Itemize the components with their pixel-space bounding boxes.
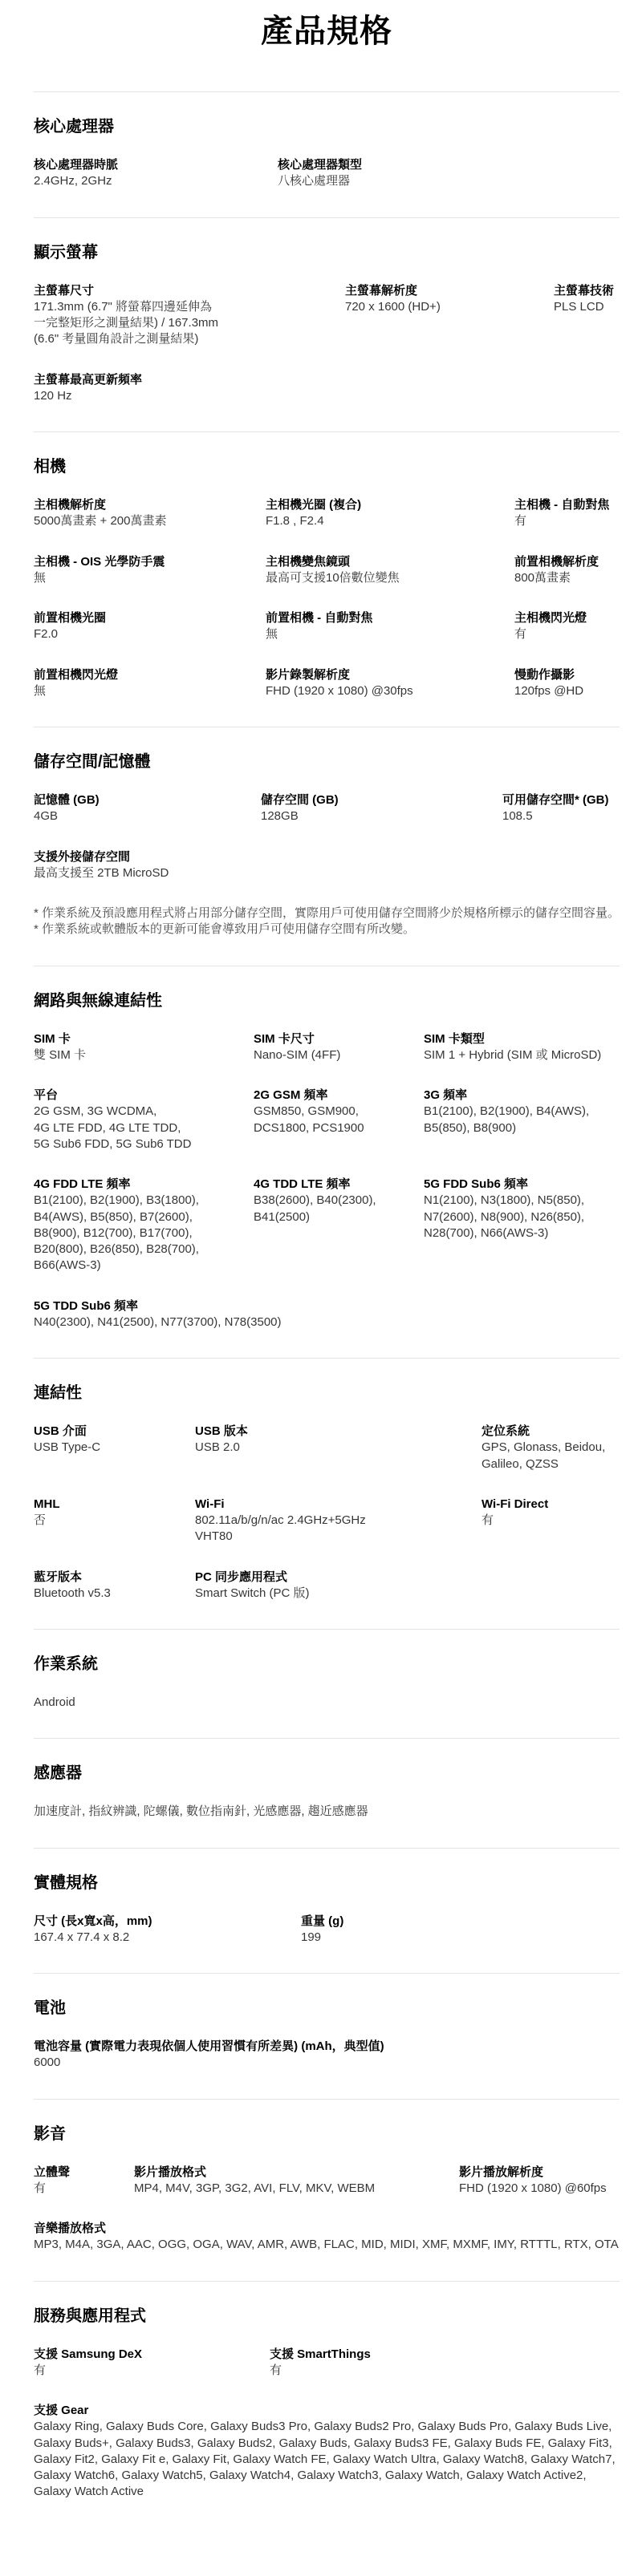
section-heading-processor: 核心處理器 — [34, 116, 620, 138]
spec-row: 前置相機光圈 F2.0 前置相機 - 自動對焦 無 主相機閃光燈 有 — [34, 610, 620, 643]
section-network: 網路與無線連結性 SIM 卡 雙 SIM 卡 SIM 卡尺寸 Nano-SIM … — [34, 966, 620, 1359]
spec-label: 前置相機閃光燈 — [34, 667, 254, 683]
spec-label: 主螢幕技術 — [554, 283, 620, 299]
spec-row: 支援 Samsung DeX 有 支援 SmartThings 有 — [34, 2347, 620, 2380]
section-os: 作業系統 Android — [34, 1629, 620, 1738]
spec-location-system: 定位系統 GPS, Glonass, Beidou, Galileo, QZSS — [481, 1424, 620, 1472]
spec-label: USB 版本 — [195, 1424, 470, 1440]
spec-screen-refresh: 主螢幕最高更新頻率 120 Hz — [34, 372, 620, 405]
spec-main-camera-flash: 主相機閃光燈 有 — [514, 610, 620, 643]
spec-label: 定位系統 — [481, 1424, 620, 1440]
spec-value: B1(2100), B2(1900), B3(1800), B4(AWS), B… — [34, 1193, 242, 1274]
spec-video-playback-format: 影片播放格式 MP4, M4V, 3GP, 3G2, AVI, FLV, MKV… — [134, 2165, 459, 2197]
spec-label: 可用儲存空間* (GB) — [502, 792, 620, 808]
spec-label: 影片播放格式 — [134, 2165, 448, 2181]
spec-5g-tdd-sub6-band: 5G TDD Sub6 頻率 N40(2300), N41(2500), N77… — [34, 1298, 620, 1331]
spec-label: 核心處理器時脈 — [34, 157, 266, 173]
spec-label: 支援 Gear — [34, 2403, 620, 2419]
spec-value: 167.4 x 77.4 x 8.2 — [34, 1930, 290, 1946]
spec-value: 2.4GHz, 2GHz — [34, 173, 266, 189]
spec-front-camera-resolution: 前置相機解析度 800萬畫素 — [514, 554, 620, 587]
spec-value: N1(2100), N3(1800), N5(850), N7(2600), N… — [424, 1193, 620, 1241]
spec-label: SIM 卡 — [34, 1031, 242, 1047]
spec-cpu-type: 核心處理器類型 八核心處理器 — [278, 157, 620, 190]
spec-label: 4G TDD LTE 頻率 — [254, 1177, 412, 1193]
spec-front-camera-aperture: 前置相機光圈 F2.0 — [34, 610, 266, 643]
spec-4g-tdd-lte-band: 4G TDD LTE 頻率 B38(2600), B40(2300), B41(… — [254, 1177, 424, 1274]
section-heading-battery: 電池 — [34, 1998, 620, 2019]
spec-value: 八核心處理器 — [278, 173, 620, 189]
spec-label: 主螢幕尺寸 — [34, 283, 334, 299]
spec-main-camera-resolution: 主相機解析度 5000萬畫素 + 200萬畫素 — [34, 497, 266, 530]
spec-row: 主螢幕最高更新頻率 120 Hz — [34, 372, 620, 405]
spec-label: Wi-Fi Direct — [481, 1497, 620, 1513]
spec-label: 前置相機光圈 — [34, 610, 254, 626]
spec-video-recording-resolution: 影片錄製解析度 FHD (1920 x 1080) @30fps — [266, 667, 514, 700]
spec-bluetooth-version: 藍牙版本 Bluetooth v5.3 — [34, 1569, 195, 1602]
spec-value: MP4, M4V, 3GP, 3G2, AVI, FLV, MKV, WEBM — [134, 2181, 448, 2197]
spec-value: USB 2.0 — [195, 1440, 470, 1456]
spec-label: 5G FDD Sub6 頻率 — [424, 1177, 620, 1193]
spec-label: 音樂播放格式 — [34, 2221, 620, 2237]
spec-value: N40(2300), N41(2500), N77(3700), N78(350… — [34, 1314, 620, 1331]
spec-value: 6000 — [34, 2055, 620, 2071]
spec-row: 藍牙版本 Bluetooth v5.3 PC 同步應用程式 Smart Swit… — [34, 1569, 620, 1602]
spec-label: 主相機閃光燈 — [514, 610, 620, 626]
spec-row: MHL 否 Wi-Fi 802.11a/b/g/n/ac 2.4GHz+5GHz… — [34, 1497, 620, 1545]
section-storage: 儲存空間/記憶體 記憶體 (GB) 4GB 儲存空間 (GB) 128GB 可用… — [34, 727, 620, 966]
spec-value: 有 — [34, 2181, 123, 2197]
spec-label: 支援 SmartThings — [270, 2347, 620, 2363]
spec-value: 最高可支援10倍數位變焦 — [266, 570, 503, 586]
spec-gear-support: 支援 Gear Galaxy Ring, Galaxy Buds Core, G… — [34, 2403, 620, 2501]
spec-value: 120 Hz — [34, 388, 620, 404]
spec-row: 5G TDD Sub6 頻率 N40(2300), N41(2500), N77… — [34, 1298, 620, 1331]
spec-usb-version: USB 版本 USB 2.0 — [195, 1424, 481, 1472]
spec-dimensions: 尺寸 (長x寬x高，mm) 167.4 x 77.4 x 8.2 — [34, 1914, 301, 1946]
spec-value: 5000萬畫素 + 200萬畫素 — [34, 513, 254, 529]
page-title: 產品規格 — [34, 11, 620, 51]
spec-label: 影片播放解析度 — [459, 2165, 620, 2181]
spec-weight: 重量 (g) 199 — [301, 1914, 620, 1946]
section-heading-connectivity: 連結性 — [34, 1383, 620, 1404]
spec-value: 無 — [34, 683, 254, 699]
spec-label: 5G TDD Sub6 頻率 — [34, 1298, 620, 1314]
spec-front-camera-autofocus: 前置相機 - 自動對焦 無 — [266, 610, 514, 643]
spec-value: 有 — [34, 2363, 258, 2379]
spec-row: 立體聲 有 影片播放格式 MP4, M4V, 3GP, 3G2, AVI, FL… — [34, 2165, 620, 2197]
spec-label: 2G GSM 頻率 — [254, 1088, 412, 1104]
spec-sensors-value: 加速度計, 指紋辨識, 陀螺儀, 數位指南針, 光感應器, 趨近感應器 — [34, 1804, 620, 1820]
section-heading-camera: 相機 — [34, 456, 620, 478]
spec-label: 電池容量 (實際電力表現依個人使用習慣有所差異) (mAh，典型值) — [34, 2039, 620, 2055]
spec-row: 前置相機閃光燈 無 影片錄製解析度 FHD (1920 x 1080) @30f… — [34, 667, 620, 700]
spec-external-storage: 支援外接儲存空間 最高支援至 2TB MicroSD — [34, 849, 620, 882]
section-heading-display: 顯示螢幕 — [34, 242, 620, 264]
spec-ram: 記憶體 (GB) 4GB — [34, 792, 261, 825]
spec-label: 核心處理器類型 — [278, 157, 620, 173]
spec-value: F1.8 , F2.4 — [266, 513, 503, 529]
spec-label: SIM 卡類型 — [424, 1031, 620, 1047]
spec-value: SIM 1 + Hybrid (SIM 或 MicroSD) — [424, 1047, 620, 1063]
spec-label: 藍牙版本 — [34, 1569, 184, 1586]
spec-wifi-direct: Wi-Fi Direct 有 — [481, 1497, 620, 1545]
spec-front-camera-flash: 前置相機閃光燈 無 — [34, 667, 266, 700]
footnote-line: * 作業系統及預設應用程式將占用部分儲存空間，實際用戶可使用儲存空間將少於規格所… — [34, 905, 620, 921]
spec-label: 平台 — [34, 1088, 242, 1104]
spec-os-value: Android — [34, 1695, 620, 1711]
spec-value: 800萬畫素 — [514, 570, 620, 586]
spec-value: Nano-SIM (4FF) — [254, 1047, 412, 1063]
spec-label: 主相機光圈 (複合) — [266, 497, 503, 513]
spec-value: FHD (1920 x 1080) @60fps — [459, 2181, 620, 2197]
spec-main-camera-aperture: 主相機光圈 (複合) F1.8 , F2.4 — [266, 497, 514, 530]
spec-value: F2.0 — [34, 626, 254, 642]
spec-screen-tech: 主螢幕技術 PLS LCD — [554, 283, 620, 348]
spec-value: USB Type-C — [34, 1440, 184, 1456]
spec-row: 主螢幕尺寸 171.3mm (6.7" 將螢幕四邊延伸為 一完整矩形之測量結果)… — [34, 283, 620, 348]
spec-label: 記憶體 (GB) — [34, 792, 250, 808]
spec-label: 主螢幕最高更新頻率 — [34, 372, 620, 388]
section-display: 顯示螢幕 主螢幕尺寸 171.3mm (6.7" 將螢幕四邊延伸為 一完整矩形之… — [34, 217, 620, 432]
section-av: 影音 立體聲 有 影片播放格式 MP4, M4V, 3GP, 3G2, AVI,… — [34, 2099, 620, 2281]
section-connectivity: 連結性 USB 介面 USB Type-C USB 版本 USB 2.0 定位系… — [34, 1358, 620, 1629]
spec-value: Smart Switch (PC 版) — [195, 1586, 481, 1602]
spec-pc-sync-app: PC 同步應用程式 Smart Switch (PC 版) — [195, 1569, 481, 1602]
spec-value: PLS LCD — [554, 299, 620, 315]
spec-samsung-dex: 支援 Samsung DeX 有 — [34, 2347, 270, 2380]
storage-footnotes: * 作業系統及預設應用程式將占用部分儲存空間，實際用戶可使用儲存空間將少於規格所… — [34, 905, 620, 938]
spec-label: Wi-Fi — [195, 1497, 470, 1513]
spec-row: SIM 卡 雙 SIM 卡 SIM 卡尺寸 Nano-SIM (4FF) SIM… — [34, 1031, 620, 1064]
section-heading-av: 影音 — [34, 2124, 620, 2145]
spec-value: 128GB — [261, 808, 491, 824]
spec-value: 否 — [34, 1513, 184, 1529]
spec-label: 主相機 - 自動對焦 — [514, 497, 620, 513]
spec-main-camera-ois: 主相機 - OIS 光學防手震 無 — [34, 554, 266, 587]
spec-value: 108.5 — [502, 808, 620, 824]
spec-label: 主相機變焦鏡頭 — [266, 554, 503, 570]
spec-storage-capacity: 儲存空間 (GB) 128GB — [261, 792, 502, 825]
spec-label: SIM 卡尺寸 — [254, 1031, 412, 1047]
spec-value: GSM850, GSM900, DCS1800, PCS1900 — [254, 1104, 412, 1136]
spec-row: 主相機解析度 5000萬畫素 + 200萬畫素 主相機光圈 (複合) F1.8 … — [34, 497, 620, 530]
spec-cpu-clock: 核心處理器時脈 2.4GHz, 2GHz — [34, 157, 278, 190]
spec-main-camera-zoom: 主相機變焦鏡頭 最高可支援10倍數位變焦 — [266, 554, 514, 587]
spec-screen-resolution: 主螢幕解析度 720 x 1600 (HD+) — [345, 283, 554, 348]
section-heading-network: 網路與無線連結性 — [34, 990, 620, 1012]
spec-label: 立體聲 — [34, 2165, 123, 2181]
spec-label: 儲存空間 (GB) — [261, 792, 491, 808]
section-camera: 相機 主相機解析度 5000萬畫素 + 200萬畫素 主相機光圈 (複合) F1… — [34, 431, 620, 727]
spec-value: 無 — [34, 570, 254, 586]
spec-label: 支援外接儲存空間 — [34, 849, 620, 865]
spec-row: 主相機 - OIS 光學防手震 無 主相機變焦鏡頭 最高可支援10倍數位變焦 前… — [34, 554, 620, 587]
spec-row: 4G FDD LTE 頻率 B1(2100), B2(1900), B3(180… — [34, 1177, 620, 1274]
spec-value: 120fps @HD — [514, 683, 620, 699]
spec-value: 有 — [514, 513, 620, 529]
spec-value: 171.3mm (6.7" 將螢幕四邊延伸為 一完整矩形之測量結果) / 167… — [34, 299, 334, 348]
section-battery: 電池 電池容量 (實際電力表現依個人使用習慣有所差異) (mAh，典型值) 60… — [34, 1973, 620, 2099]
spec-label: 重量 (g) — [301, 1914, 620, 1930]
spec-slow-motion: 慢動作攝影 120fps @HD — [514, 667, 620, 700]
spec-value: Bluetooth v5.3 — [34, 1586, 184, 1602]
footnote-line: * 作業系統或軟體版本的更新可能會導致用戶可使用儲存空間有所改變。 — [34, 921, 620, 938]
spec-main-camera-autofocus: 主相機 - 自動對焦 有 — [514, 497, 620, 530]
spec-label: 3G 頻率 — [424, 1088, 620, 1104]
spec-label: 主螢幕解析度 — [345, 283, 542, 299]
spec-value: 有 — [514, 626, 620, 642]
spec-value: B38(2600), B40(2300), B41(2500) — [254, 1193, 412, 1225]
spec-value: 有 — [270, 2363, 620, 2379]
spec-label: 支援 Samsung DeX — [34, 2347, 258, 2363]
section-heading-physical: 實體規格 — [34, 1873, 620, 1894]
spec-value: 雙 SIM 卡 — [34, 1047, 242, 1063]
spec-3g-band: 3G 頻率 B1(2100), B2(1900), B4(AWS), B5(85… — [424, 1088, 620, 1152]
spec-value: 720 x 1600 (HD+) — [345, 299, 542, 315]
spec-2g-gsm-band: 2G GSM 頻率 GSM850, GSM900, DCS1800, PCS19… — [254, 1088, 424, 1152]
section-services: 服務與應用程式 支援 Samsung DeX 有 支援 SmartThings … — [34, 2281, 620, 2528]
spec-value: 4GB — [34, 808, 250, 824]
spec-row: 電池容量 (實際電力表現依個人使用習慣有所差異) (mAh，典型值) 6000 — [34, 2039, 620, 2072]
spec-mhl: MHL 否 — [34, 1497, 195, 1545]
spec-row: 支援 Gear Galaxy Ring, Galaxy Buds Core, G… — [34, 2403, 620, 2501]
spec-value: 199 — [301, 1930, 620, 1946]
spec-row: 音樂播放格式 MP3, M4A, 3GA, AAC, OGG, OGA, WAV… — [34, 2221, 620, 2254]
spec-value: MP3, M4A, 3GA, AAC, OGG, OGA, WAV, AMR, … — [34, 2237, 620, 2253]
spec-value: 2G GSM, 3G WCDMA, 4G LTE FDD, 4G LTE TDD… — [34, 1104, 242, 1152]
spec-available-storage: 可用儲存空間* (GB) 108.5 — [502, 792, 620, 825]
section-heading-sensors: 感應器 — [34, 1763, 620, 1784]
spec-value: 有 — [481, 1513, 620, 1529]
spec-label: 4G FDD LTE 頻率 — [34, 1177, 242, 1193]
spec-value: 最高支援至 2TB MicroSD — [34, 865, 620, 881]
spec-screen-size: 主螢幕尺寸 171.3mm (6.7" 將螢幕四邊延伸為 一完整矩形之測量結果)… — [34, 283, 345, 348]
spec-sim-size: SIM 卡尺寸 Nano-SIM (4FF) — [254, 1031, 424, 1064]
spec-sim-card: SIM 卡 雙 SIM 卡 — [34, 1031, 254, 1064]
spec-sim-type: SIM 卡類型 SIM 1 + Hybrid (SIM 或 MicroSD) — [424, 1031, 620, 1064]
spec-row: 支援外接儲存空間 最高支援至 2TB MicroSD — [34, 849, 620, 882]
spec-value: 無 — [266, 626, 503, 642]
spec-value: FHD (1920 x 1080) @30fps — [266, 683, 503, 699]
spec-battery-capacity: 電池容量 (實際電力表現依個人使用習慣有所差異) (mAh，典型值) 6000 — [34, 2039, 620, 2072]
spec-label: 尺寸 (長x寬x高，mm) — [34, 1914, 290, 1930]
spec-row: 記憶體 (GB) 4GB 儲存空間 (GB) 128GB 可用儲存空間* (GB… — [34, 792, 620, 825]
spec-row: USB 介面 USB Type-C USB 版本 USB 2.0 定位系統 GP… — [34, 1424, 620, 1472]
spec-label: 前置相機解析度 — [514, 554, 620, 570]
spec-row: 核心處理器時脈 2.4GHz, 2GHz 核心處理器類型 八核心處理器 — [34, 157, 620, 190]
spec-value: B1(2100), B2(1900), B4(AWS), B5(850), B8… — [424, 1104, 620, 1136]
spec-stereo: 立體聲 有 — [34, 2165, 134, 2197]
section-sensors: 感應器 加速度計, 指紋辨識, 陀螺儀, 數位指南針, 光感應器, 趨近感應器 — [34, 1738, 620, 1847]
page-header: 產品規格 — [34, 0, 620, 51]
spec-label: MHL — [34, 1497, 184, 1513]
section-heading-os: 作業系統 — [34, 1654, 620, 1675]
spec-label: 主相機解析度 — [34, 497, 254, 513]
spec-label: PC 同步應用程式 — [195, 1569, 481, 1586]
spec-platform: 平台 2G GSM, 3G WCDMA, 4G LTE FDD, 4G LTE … — [34, 1088, 254, 1152]
spec-wifi: Wi-Fi 802.11a/b/g/n/ac 2.4GHz+5GHz VHT80 — [195, 1497, 481, 1545]
spec-audio-playback-format: 音樂播放格式 MP3, M4A, 3GA, AAC, OGG, OGA, WAV… — [34, 2221, 620, 2254]
spec-smartthings: 支援 SmartThings 有 — [270, 2347, 620, 2380]
spec-4g-fdd-lte-band: 4G FDD LTE 頻率 B1(2100), B2(1900), B3(180… — [34, 1177, 254, 1274]
spec-row: 尺寸 (長x寬x高，mm) 167.4 x 77.4 x 8.2 重量 (g) … — [34, 1914, 620, 1946]
spec-label: 前置相機 - 自動對焦 — [266, 610, 503, 626]
spec-row: 平台 2G GSM, 3G WCDMA, 4G LTE FDD, 4G LTE … — [34, 1088, 620, 1152]
spec-label: 主相機 - OIS 光學防手震 — [34, 554, 254, 570]
section-physical: 實體規格 尺寸 (長x寬x高，mm) 167.4 x 77.4 x 8.2 重量… — [34, 1848, 620, 1974]
spec-value: Galaxy Ring, Galaxy Buds Core, Galaxy Bu… — [34, 2419, 620, 2500]
spec-video-playback-resolution: 影片播放解析度 FHD (1920 x 1080) @60fps — [459, 2165, 620, 2197]
spec-label: 影片錄製解析度 — [266, 667, 503, 683]
section-heading-services: 服務與應用程式 — [34, 2306, 620, 2327]
spec-label: 慢動作攝影 — [514, 667, 620, 683]
section-heading-storage: 儲存空間/記憶體 — [34, 751, 620, 773]
section-processor: 核心處理器 核心處理器時脈 2.4GHz, 2GHz 核心處理器類型 八核心處理… — [34, 91, 620, 217]
spec-5g-fdd-sub6-band: 5G FDD Sub6 頻率 N1(2100), N3(1800), N5(85… — [424, 1177, 620, 1274]
spec-value: 802.11a/b/g/n/ac 2.4GHz+5GHz VHT80 — [195, 1513, 470, 1545]
spec-usb-interface: USB 介面 USB Type-C — [34, 1424, 195, 1472]
spec-label: USB 介面 — [34, 1424, 184, 1440]
spec-value: GPS, Glonass, Beidou, Galileo, QZSS — [481, 1440, 620, 1472]
